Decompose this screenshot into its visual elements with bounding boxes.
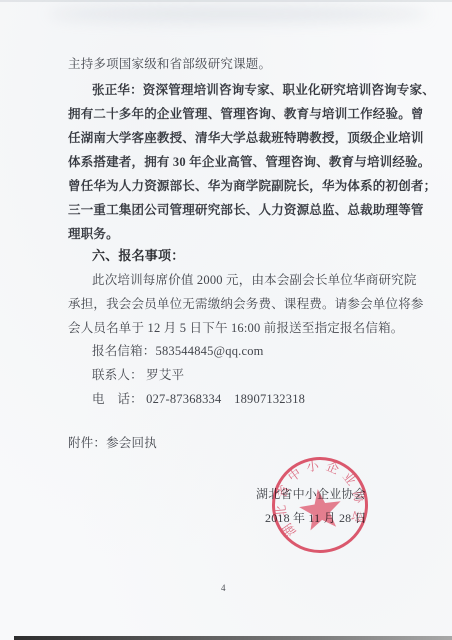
bio-line: 任湖南大学客座教授、清华大学总裁班特聘教授，顶级企业培训: [68, 126, 413, 150]
bio-line: 体系搭建者，拥有 30 年企业高管、管理咨询、教育与培训经验。: [68, 150, 413, 174]
bio-line: 张正华：资深管理培训咨询专家、职业化研究培训咨询专家、: [68, 78, 437, 102]
section-heading: 六、报名事项：: [68, 244, 437, 268]
page-number: 4: [221, 583, 226, 593]
scan-bottom-edge: [14, 636, 452, 640]
scan-smudge: [48, 6, 428, 22]
scan-top-edge: [0, 0, 452, 2]
body-line: 会人员名单于 12 月 5 日下午 16:00 前报送至指定报名信箱。: [68, 316, 413, 340]
scanned-document-page: 主持多项国家级和省部级研究课题。 张正华：资深管理培训咨询专家、职业化研究培训咨…: [0, 0, 452, 640]
seal-star-icon: [297, 486, 344, 531]
bio-line: 三一重工集团公司管理研究部长、人力资源总监、总裁助理等管: [68, 198, 413, 222]
contact-person-line: 联系人： 罗艾平: [68, 363, 437, 387]
contact-email-line: 报名信箱：583544845@qq.com: [68, 339, 437, 363]
body-line: 主持多项国家级和省部级研究课题。: [68, 52, 413, 76]
bio-line: 曾任华为人力资源部长、华为商学院副院长，华为体系的初创者；: [68, 174, 413, 198]
body-line: 此次培训每席价值 2000 元，由本会副会长单位华商研究院: [68, 268, 437, 292]
body-line: 承担，我会会员单位无需缴纳会务费、课程费。请参会单位将参: [68, 292, 413, 316]
bio-line: 理职务。: [68, 222, 413, 246]
bio-line: 拥有二十多年的企业管理、管理咨询、教育与培训工作经验。曾: [68, 102, 413, 126]
official-seal: 湖北省中小企业协会: [241, 426, 399, 584]
contact-phone-line: 电 话： 027-87368334 18907132318: [68, 387, 437, 411]
